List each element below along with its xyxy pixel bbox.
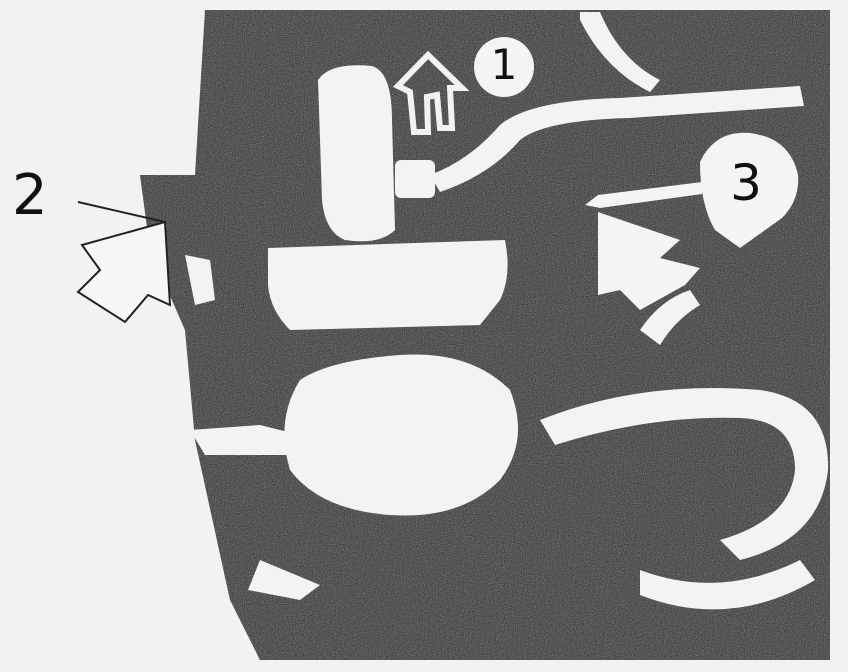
callout-1-label: 1 xyxy=(475,44,533,86)
figure-photo: 1 2 3 xyxy=(0,0,848,672)
callout-2-label: 2 xyxy=(12,168,48,224)
callout-2-pointer-icon xyxy=(78,202,170,322)
callout-3-label: 3 xyxy=(716,158,776,208)
engine-photo-illustration xyxy=(0,0,848,672)
